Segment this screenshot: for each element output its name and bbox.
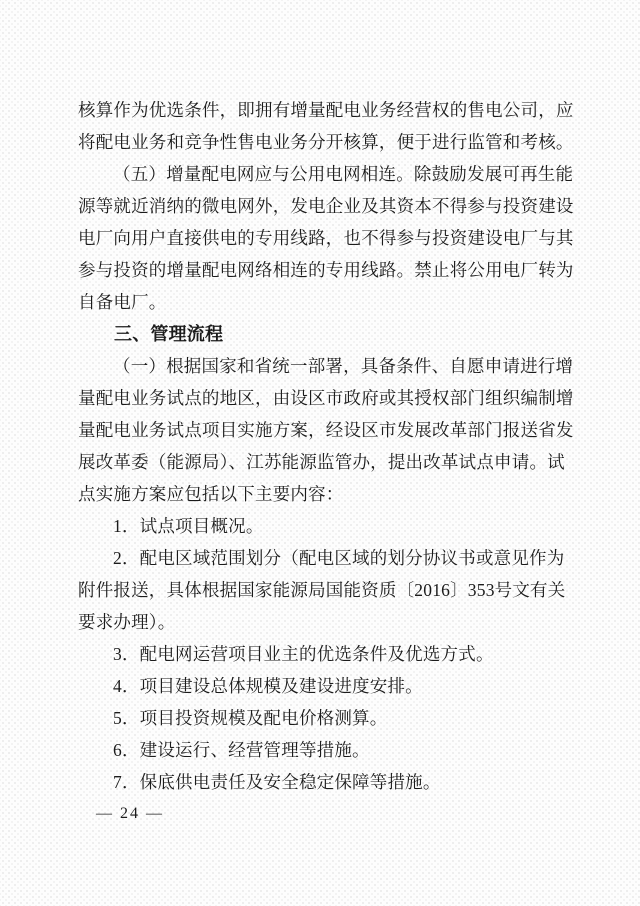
text-line: 将配电业务和竞争性售电业务分开核算，便于进行监管和考核。 bbox=[78, 126, 570, 158]
page-number: — 24 — bbox=[96, 802, 164, 826]
text-line: 3．配电网运营项目业主的优选条件及优选方式。 bbox=[78, 638, 570, 670]
text-line: （五）增量配电网应与公用电网相连。除鼓励发展可再生能 bbox=[78, 158, 570, 190]
text-line: 展改革委（能源局）、江苏能源监管办，提出改革试点申请。试 bbox=[78, 446, 570, 478]
text-line: 核算作为优选条件，即拥有增量配电业务经营权的售电公司，应 bbox=[78, 94, 570, 126]
text-line: 5．项目投资规模及配电价格测算。 bbox=[78, 702, 570, 734]
text-line: 6．建设运行、经营管理等措施。 bbox=[78, 734, 570, 766]
text-line: 量配电业务试点的地区，由设区市政府或其授权部门组织编制增 bbox=[78, 382, 570, 414]
text-line: （一）根据国家和省统一部署，具备条件、自愿申请进行增 bbox=[78, 350, 570, 382]
text-line: 附件报送，具体根据国家能源局国能资质〔2016〕353号文有关 bbox=[78, 574, 570, 606]
text-line: 7．保底供电责任及安全稳定保障等措施。 bbox=[78, 766, 570, 798]
section-heading: 三、管理流程 bbox=[78, 318, 570, 350]
text-line: 要求办理）。 bbox=[78, 606, 570, 638]
document-body: 核算作为优选条件，即拥有增量配电业务经营权的售电公司，应将配电业务和竞争性售电业… bbox=[78, 94, 570, 798]
text-line: 源等就近消纳的微电网外，发电企业及其资本不得参与投资建设 bbox=[78, 190, 570, 222]
text-line: 量配电业务试点项目实施方案，经设区市发展改革部门报送省发 bbox=[78, 414, 570, 446]
text-line: 电厂向用户直接供电的专用线路，也不得参与投资建设电厂与其 bbox=[78, 222, 570, 254]
text-line: 2．配电区域范围划分（配电区域的划分协议书或意见作为 bbox=[78, 542, 570, 574]
text-line: 4．项目建设总体规模及建设进度安排。 bbox=[78, 670, 570, 702]
text-line: 点实施方案应包括以下主要内容： bbox=[78, 478, 570, 510]
text-line: 自备电厂。 bbox=[78, 286, 570, 318]
document-page: { "page": { "number_label": "— 24 —" }, … bbox=[0, 0, 640, 906]
text-line: 1．试点项目概况。 bbox=[78, 510, 570, 542]
text-line: 参与投资的增量配电网络相连的专用线路。禁止将公用电厂转为 bbox=[78, 254, 570, 286]
